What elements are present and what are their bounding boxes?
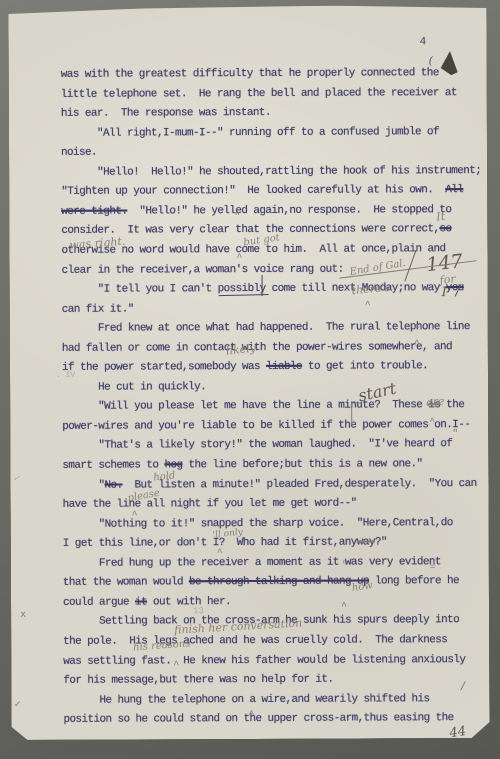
typed-text: to get into trouble. — [302, 360, 428, 373]
typed-text: Fred hung up the receiver a moment as it… — [63, 556, 441, 570]
typed-line: He hung the telephone on a wire,and wear… — [63, 693, 429, 714]
typed-text: He hung the telephone on a wire,and wear… — [63, 693, 429, 707]
typed-line: "Tighten up your connection!" He looked … — [61, 184, 463, 205]
caret-mark: ^ — [236, 254, 242, 264]
comma-caret: ^ — [248, 711, 254, 721]
ditto-mark: " — [234, 213, 240, 223]
typed-text: "All right,I-mum-I--" running off to a c… — [61, 126, 439, 140]
typed-line: "No. But listen a minute!" pleaded Fred,… — [62, 478, 476, 499]
caret-mark: ^ — [217, 549, 223, 559]
quote-mark: " — [452, 430, 458, 440]
typed-text: have the line all night if you let me ge… — [63, 498, 357, 511]
typed-text: He cut in quickly. — [62, 381, 206, 394]
typed-line: had fallen or come in contact with the p… — [62, 341, 452, 362]
page-number: 4 — [420, 36, 427, 48]
correction-note: for — [439, 273, 456, 286]
struck-text: All — [445, 184, 463, 196]
paper-tear — [441, 51, 458, 75]
typed-line: clear in the receiver,a woman's voice ra… — [62, 263, 344, 283]
hyphen-mark: = — [430, 563, 435, 572]
typed-line: "Will you please let me have the line a … — [62, 399, 464, 420]
struck-text: it — [135, 596, 147, 608]
caret-mark: ^ — [341, 603, 347, 613]
typed-text: Fred knew at once what had happened. The… — [62, 321, 470, 335]
typed-line: smart schemes to hog the line before;but… — [62, 458, 422, 479]
sheet-number: 44 — [449, 725, 467, 740]
struck-text: so — [439, 224, 451, 236]
typed-text: "That's a likely story!" the woman laugh… — [62, 439, 452, 453]
typed-text: long before he — [369, 575, 459, 587]
typed-text: smart schemes to — [62, 459, 164, 471]
correction-note: likely — [225, 342, 256, 356]
faint-note: 13 — [193, 607, 204, 616]
typed-text: for his message,but there was no help fo… — [63, 674, 333, 687]
margin-check: ✓ — [14, 701, 20, 711]
slash-mark: / — [459, 681, 466, 693]
insert-word-note: there's — [351, 282, 390, 296]
typed-line: noise. — [61, 147, 97, 166]
typed-text: " — [62, 479, 104, 491]
stray-mark: ( — [429, 55, 433, 66]
faint-note: . IV — [56, 372, 75, 380]
typed-text: ?" — [375, 537, 387, 549]
typed-text: clear in the receiver,a woman's voice ra… — [62, 263, 344, 276]
typed-line: Fred knew at once what had happened. The… — [62, 321, 470, 342]
slash-mark: / — [456, 283, 461, 298]
typed-line: little telephone set. He rang the bell a… — [61, 87, 457, 108]
typed-text: was with the greatest difficulty that he… — [61, 67, 439, 81]
margin-check: ✓ — [12, 474, 20, 485]
typed-line: his ear. The response was instant. — [61, 107, 271, 127]
caret-mark: ^ — [173, 661, 179, 671]
typed-text: power-wires and you're liable to be kill… — [62, 419, 470, 433]
caret-mark: ^ — [414, 340, 420, 350]
hyphen-mark: = — [414, 323, 420, 333]
typed-text: his ear. The response was instant. — [61, 107, 271, 120]
caret-mark: ^ — [365, 301, 371, 311]
typed-text: had fallen or come in contact with the p… — [62, 341, 452, 355]
typed-line: for his message,but there was no help fo… — [63, 674, 333, 694]
typed-text: if the power started,somebody was — [62, 361, 266, 374]
typed-text: "Nothing to it!" snapped the sharp voice… — [63, 517, 453, 531]
typed-line: "Nothing to it!" snapped the sharp voice… — [63, 517, 453, 538]
struck-text: way — [357, 537, 375, 549]
typed-text: little telephone set. He rang the bell a… — [61, 87, 457, 101]
bracket-these — [351, 403, 361, 426]
typed-line: "All right,I-mum-I--" running off to a c… — [61, 126, 439, 147]
typed-line: He cut in quickly. — [62, 381, 206, 401]
typed-text: out with her. — [147, 596, 231, 608]
bracket-connections — [262, 275, 263, 296]
typed-text: I get this line,or don't I? Who had it f… — [63, 537, 357, 550]
typed-text: position so he could stand on the upper … — [63, 712, 453, 726]
caret-mark: ^ — [429, 418, 435, 428]
sheet-number-flourish — [444, 740, 470, 746]
typed-line: "That's a likely story!" the woman laugh… — [62, 439, 452, 460]
typed-line: position so he could stand on the upper … — [63, 712, 453, 733]
typed-line: "I tell you I can't possibly come till n… — [62, 282, 464, 303]
typed-text: was settling fast. He knew his father wo… — [63, 654, 465, 668]
struck-text: were tight. — [61, 205, 127, 217]
typed-line: if the power started,somebody was liable… — [62, 360, 428, 381]
typed-line: power-wires and you're liable to be kill… — [62, 419, 470, 440]
struck-text: No. — [104, 479, 122, 491]
typed-text: noise. — [61, 147, 97, 159]
scan-backdrop: 4 was with the greatest difficulty that … — [0, 0, 500, 759]
struck-text: liable — [266, 361, 302, 373]
typed-text: can fix it." — [62, 303, 134, 315]
typed-line: was settling fast. He knew his father wo… — [63, 654, 465, 675]
typed-line: Fred hung up the receiver a moment as it… — [63, 556, 441, 577]
typed-line: have the line all night if you let me ge… — [63, 498, 357, 518]
struck-text: be through talking and hang up — [189, 576, 369, 589]
typed-line: could argue it out with her. — [63, 596, 231, 616]
typed-line: the pole. His legs ached and he was crue… — [63, 634, 447, 655]
typed-line: "Hello! Hello!" he shouted,rattling the … — [61, 165, 481, 186]
correction-note: are — [426, 396, 445, 408]
typed-text: the pole. His legs ached and he was crue… — [63, 634, 447, 648]
typed-text: "Hello! Hello!" he shouted,rattling the … — [61, 165, 481, 179]
typed-line: that the woman would be through talking … — [63, 575, 459, 596]
insert-word-note: I — [442, 286, 447, 299]
manuscript-page: 4 was with the greatest difficulty that … — [8, 5, 489, 740]
typed-line: was with the greatest difficulty that he… — [61, 67, 439, 88]
typed-text: "Tighten up your connection!" He looked … — [61, 184, 445, 198]
typed-text: the line before;but this is a new one." — [182, 458, 422, 471]
caret-mark: ^ — [132, 511, 138, 521]
typed-line: were tight. "Hello!" he yelled again,no … — [61, 204, 451, 225]
typed-text: could argue — [63, 596, 135, 608]
insert-word-note: It — [436, 211, 446, 223]
typed-line: I get this line,or don't I? Who had it f… — [63, 537, 387, 557]
margin-x: x — [20, 611, 26, 621]
typed-text: that the woman would — [63, 577, 189, 590]
typed-text: "Hello!" he yelled again,no response. He… — [127, 204, 451, 217]
typed-line: can fix it." — [62, 303, 134, 322]
apostrophe-mark: ' — [341, 562, 347, 572]
